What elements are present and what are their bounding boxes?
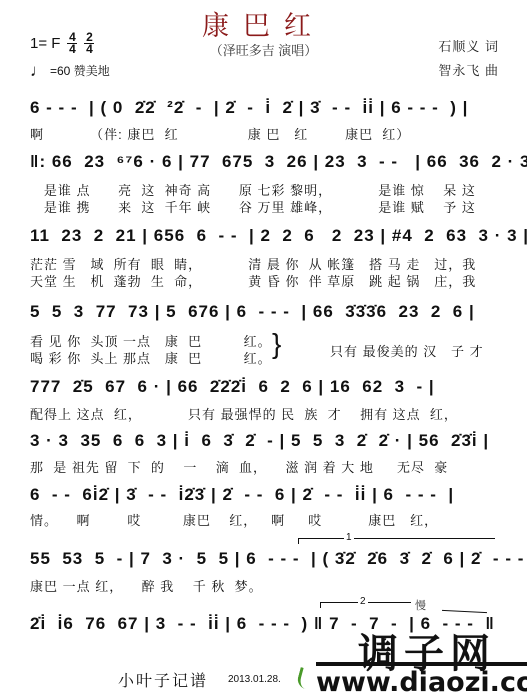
time-signature-2: 2 4	[84, 32, 94, 55]
transcriber-signature: 小叶子记谱	[118, 668, 208, 691]
score-row-1-notes: 6 - - - | ( 0 2̇2̇ ²2̇ - | 2̇ - i̇ 2̇ | …	[30, 98, 500, 118]
score-row-2-notes: ‖: 66 23 ⁶⁷6 · 6 | 77 675 3 26 | 23 3 - …	[30, 152, 500, 172]
transcription-date: 2013.01.28.	[228, 674, 281, 685]
key-signature: 1= F 4 4 2 4	[30, 32, 94, 55]
score-row-6-lyrics: 那 是 祖先 留 下 的 一 滴 血， 滋 润 着 大 地 无尽 豪	[30, 457, 500, 476]
quarter-note-icon: ♩	[30, 62, 47, 79]
tempo-slow-marking: 慢	[415, 597, 426, 613]
verse-brace: }	[272, 328, 281, 360]
watermark-url: www.diaozi.com	[316, 662, 527, 698]
tempo-text: =60 赞美地	[50, 62, 110, 79]
key-label: 1= F	[30, 35, 60, 52]
score-row-8-lyrics: 康巴 一点 红， 醉 我 千 秋 梦。	[30, 576, 500, 595]
score-row-7-notes: 6 - - 6i̇2̇ | 3̇ - - i̇2̇3̇ | 2̇ - - 6 |…	[30, 485, 500, 505]
score-row-3-lyrics-verse-2: 天堂 生 机 蓬勃 生 命， 黄 昏 你 伴 草原 跳 起 锅 庄，我	[30, 271, 500, 290]
score-row-4-notes: 5 5 3 77 73 | 5 676 | 6 - - - | 66 3̇3̇3…	[30, 302, 500, 322]
volta-2-number: 2	[358, 596, 368, 607]
tempo-marking: ♩ =60 赞美地	[30, 62, 110, 79]
score-row-8-notes: 55 53 5 - | 7 3 · 5 5 | 6 - - - | ( 3̇2̇…	[30, 549, 500, 569]
score-row-7-lyrics: 情。 啊 哎 康巴 红， 啊 哎 康巴 红，	[30, 510, 500, 529]
score-row-5-lyrics: 配得上 这点 红， 只有 最强悍的 民 族 才 拥有 这点 红，	[30, 404, 500, 423]
volta-1-number: 1	[344, 532, 354, 543]
score-row-3-notes: 11 23 2 21 | 656 6 - - | 2 2 6 2 23 | #4…	[30, 226, 500, 246]
score-row-4-shared-lyric: 只有 最俊美的 汉 子 才	[330, 341, 484, 360]
score-row-5-notes: 777 2̇5 67 6 · | 66 2̇2̇2̇i̇ 6 2 6 | 16 …	[30, 377, 500, 397]
time-signature-1: 4 4	[67, 32, 77, 55]
leaf-icon	[296, 667, 311, 689]
lyricist-credit: 石顺义 词	[438, 36, 499, 55]
volta-1-bracket	[298, 538, 495, 544]
score-row-2-lyrics-verse-2: 是谁 携 来 这 千年 峡 谷 万里 雄峰， 是谁 赋 予 这	[30, 197, 500, 216]
composer-credit: 智永飞 曲	[438, 60, 499, 79]
score-row-1-lyrics: 啊 （伴: 康巴 红 康 巴 红 康巴 红）	[30, 124, 500, 143]
score-row-6-notes: 3 · 3 35 6 6 3 | i̇ 6 3̇ 2̇ - | 5 5 3 2̇…	[30, 431, 500, 451]
